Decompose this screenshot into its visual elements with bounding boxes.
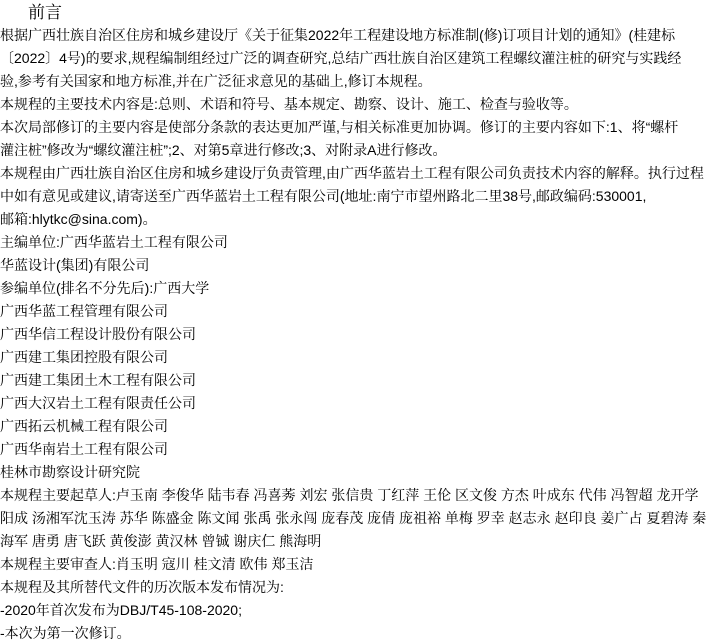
text-line: 中如有意见或建议,请寄送至广西华蓝岩土工程有限公司(地址:南宁市望州路北二里38… xyxy=(0,185,718,208)
preface-document: 前言 根据广西壮族自治区住房和城乡建设厅《关于征集2022年工程建设地方标准制(… xyxy=(0,0,718,641)
text-line-email: 邮箱:hlytkc@sina.com)。 xyxy=(0,208,718,231)
text-line: 广西建工集团土木工程有限公司 xyxy=(0,369,718,392)
text-line: 华蓝设计(集团)有限公司 xyxy=(0,254,718,277)
text-line: 广西大汉岩土工程有限责任公司 xyxy=(0,392,718,415)
text-line: 本次局部修订的主要内容是使部分条款的表达更加严谨,与相关标准更加协调。修订的主要… xyxy=(0,116,718,139)
text-line-revision-note: -本次为第一次修订。 xyxy=(0,622,718,641)
text-line-co-editors: 参编单位(排名不分先后):广西大学 xyxy=(0,277,718,300)
text-line: 本规程的主要技术内容是:总则、术语和符号、基本规定、勘察、设计、施工、检查与验收… xyxy=(0,93,718,116)
text-line-drafters: 本规程主要起草人:卢玉南 李俊华 陆韦春 冯喜莠 刘宏 张信贵 丁红萍 王伦 区… xyxy=(0,484,718,507)
text-line: 根据广西壮族自治区住房和城乡建设厅《关于征集2022年工程建设地方标准制(修)订… xyxy=(0,24,718,47)
text-line: 本规程及其所替代文件的历次版本发布情况为: xyxy=(0,576,718,599)
preface-title: 前言 xyxy=(0,1,718,24)
text-line: 广西建工集团控股有限公司 xyxy=(0,346,718,369)
text-line: 广西华南岩土工程有限公司 xyxy=(0,438,718,461)
text-line: 本规程由广西壮族自治区住房和城乡建设厅负责管理,由广西华蓝岩土工程有限公司负责技… xyxy=(0,162,718,185)
text-line-chief-editor: 主编单位:广西华蓝岩土工程有限公司 xyxy=(0,231,718,254)
text-line: 广西华蓝工程管理有限公司 xyxy=(0,300,718,323)
text-line: 〔2022〕4号)的要求,规程编制组经过广泛的调查研究,总结广西壮族自治区建筑工… xyxy=(0,47,718,70)
text-line: 桂林市勘察设计研究院 xyxy=(0,461,718,484)
text-line: 灌注桩”修改为“螺纹灌注桩”;2、对第5章进行修改;3、对附录A进行修改。 xyxy=(0,139,718,162)
text-line-reviewers: 本规程主要审查人:肖玉明 寇川 桂文清 欧伟 郑玉洁 xyxy=(0,553,718,576)
text-line: 验,参考有关国家和地方标准,并在广泛征求意见的基础上,修订本规程。 xyxy=(0,70,718,93)
text-line: 广西拓云机械工程有限公司 xyxy=(0,415,718,438)
text-line: 海军 唐勇 唐飞跃 黄俊澎 黄汉林 曾铖 谢庆仁 熊海明 xyxy=(0,530,718,553)
text-line: 广西华信工程设计股份有限公司 xyxy=(0,323,718,346)
text-line: 阳成 汤湘军沈玉涛 苏华 陈盛金 陈文闻 张禹 张永闯 庞春茂 庞倩 庞祖裕 单… xyxy=(0,507,718,530)
text-line-version-2020: -2020年首次发布为DBJ/T45-108-2020; xyxy=(0,599,718,622)
